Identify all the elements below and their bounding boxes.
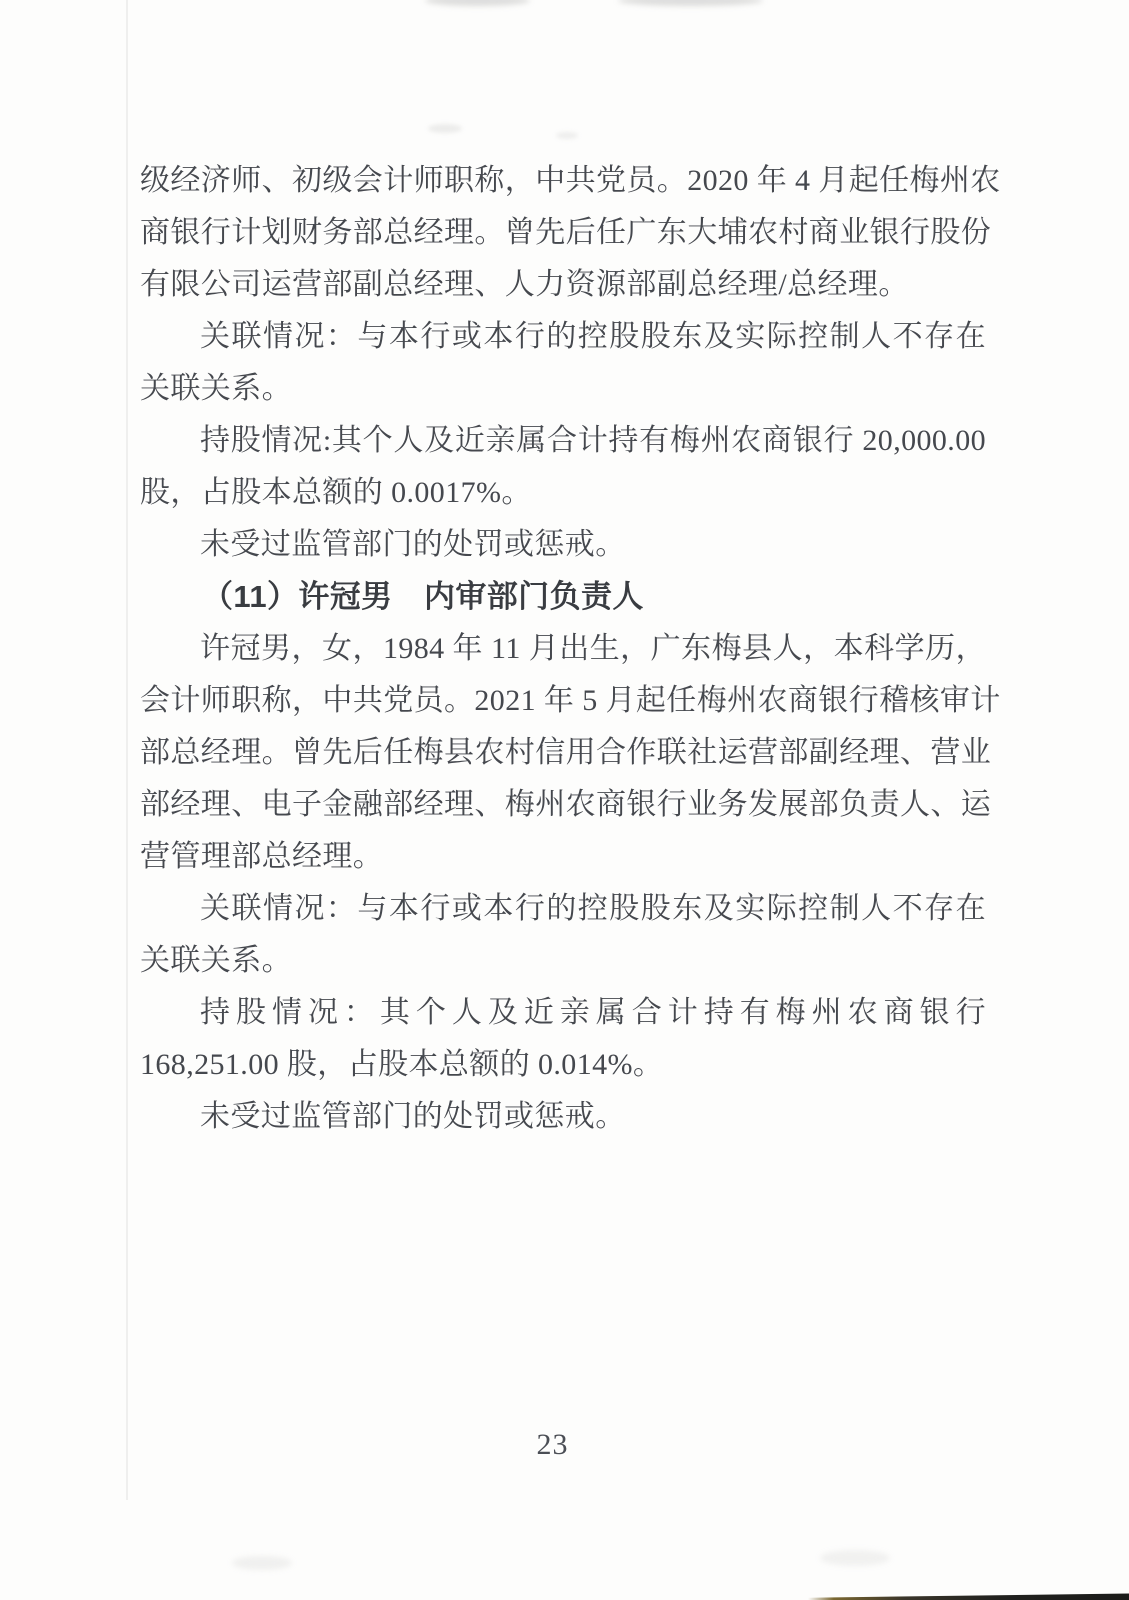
text-line: 未受过监管部门的处罚或惩戒。 [140, 519, 986, 571]
section-heading: （11）许冠男 内审部门负责人 [140, 571, 986, 623]
scan-artifact [618, 0, 763, 6]
body-text: 级经济师、初级会计师职称，中共党员。2020 年 4 月起任梅州农 商银行计划财… [140, 155, 986, 1143]
text-line: 关联关系。 [140, 363, 986, 415]
scan-artifact [425, 0, 530, 6]
text-line: 关联关系。 [140, 935, 986, 987]
text-line: 股，占股本总额的 0.0017%。 [140, 467, 986, 519]
page-number: 23 [0, 1428, 1105, 1462]
text-line: 部总经理。曾先后任梅县农村信用合作联社运营部副经理、营业 [140, 727, 986, 779]
text-line: 营管理部总经理。 [140, 831, 986, 883]
text-line: 会计师职称，中共党员。2021 年 5 月起任梅州农商银行稽核审计 [140, 675, 986, 727]
page-fold-line [126, 0, 128, 1500]
text-line: 有限公司运营部副总经理、人力资源部副总经理/总经理。 [140, 259, 986, 311]
text-line: 关联情况：与本行或本行的控股股东及实际控制人不存在 [140, 311, 986, 363]
scan-edge-strip [808, 1592, 1129, 1600]
text-line: 关联情况：与本行或本行的控股股东及实际控制人不存在 [140, 883, 986, 935]
scan-artifact [232, 1556, 292, 1570]
text-line: 未受过监管部门的处罚或惩戒。 [140, 1091, 986, 1143]
scan-artifact [820, 1550, 890, 1566]
text-line: 持股情况：其个人及近亲属合计持有梅州农商银行 [140, 987, 986, 1039]
text-line: 商银行计划财务部总经理。曾先后任广东大埔农村商业银行股份 [140, 207, 986, 259]
text-line: 级经济师、初级会计师职称，中共党员。2020 年 4 月起任梅州农 [140, 155, 986, 207]
scan-artifact [556, 132, 578, 139]
scanned-document-page: { "colors": { "page_background": "#fdfdf… [0, 0, 1129, 1600]
text-line: 持股情况:其个人及近亲属合计持有梅州农商银行 20,000.00 [140, 415, 986, 467]
scan-artifact [428, 124, 462, 133]
text-line: 168,251.00 股，占股本总额的 0.014%。 [140, 1039, 986, 1091]
text-line: 许冠男，女，1984 年 11 月出生，广东梅县人，本科学历， [140, 623, 986, 675]
text-line: 部经理、电子金融部经理、梅州农商银行业务发展部负责人、运 [140, 779, 986, 831]
